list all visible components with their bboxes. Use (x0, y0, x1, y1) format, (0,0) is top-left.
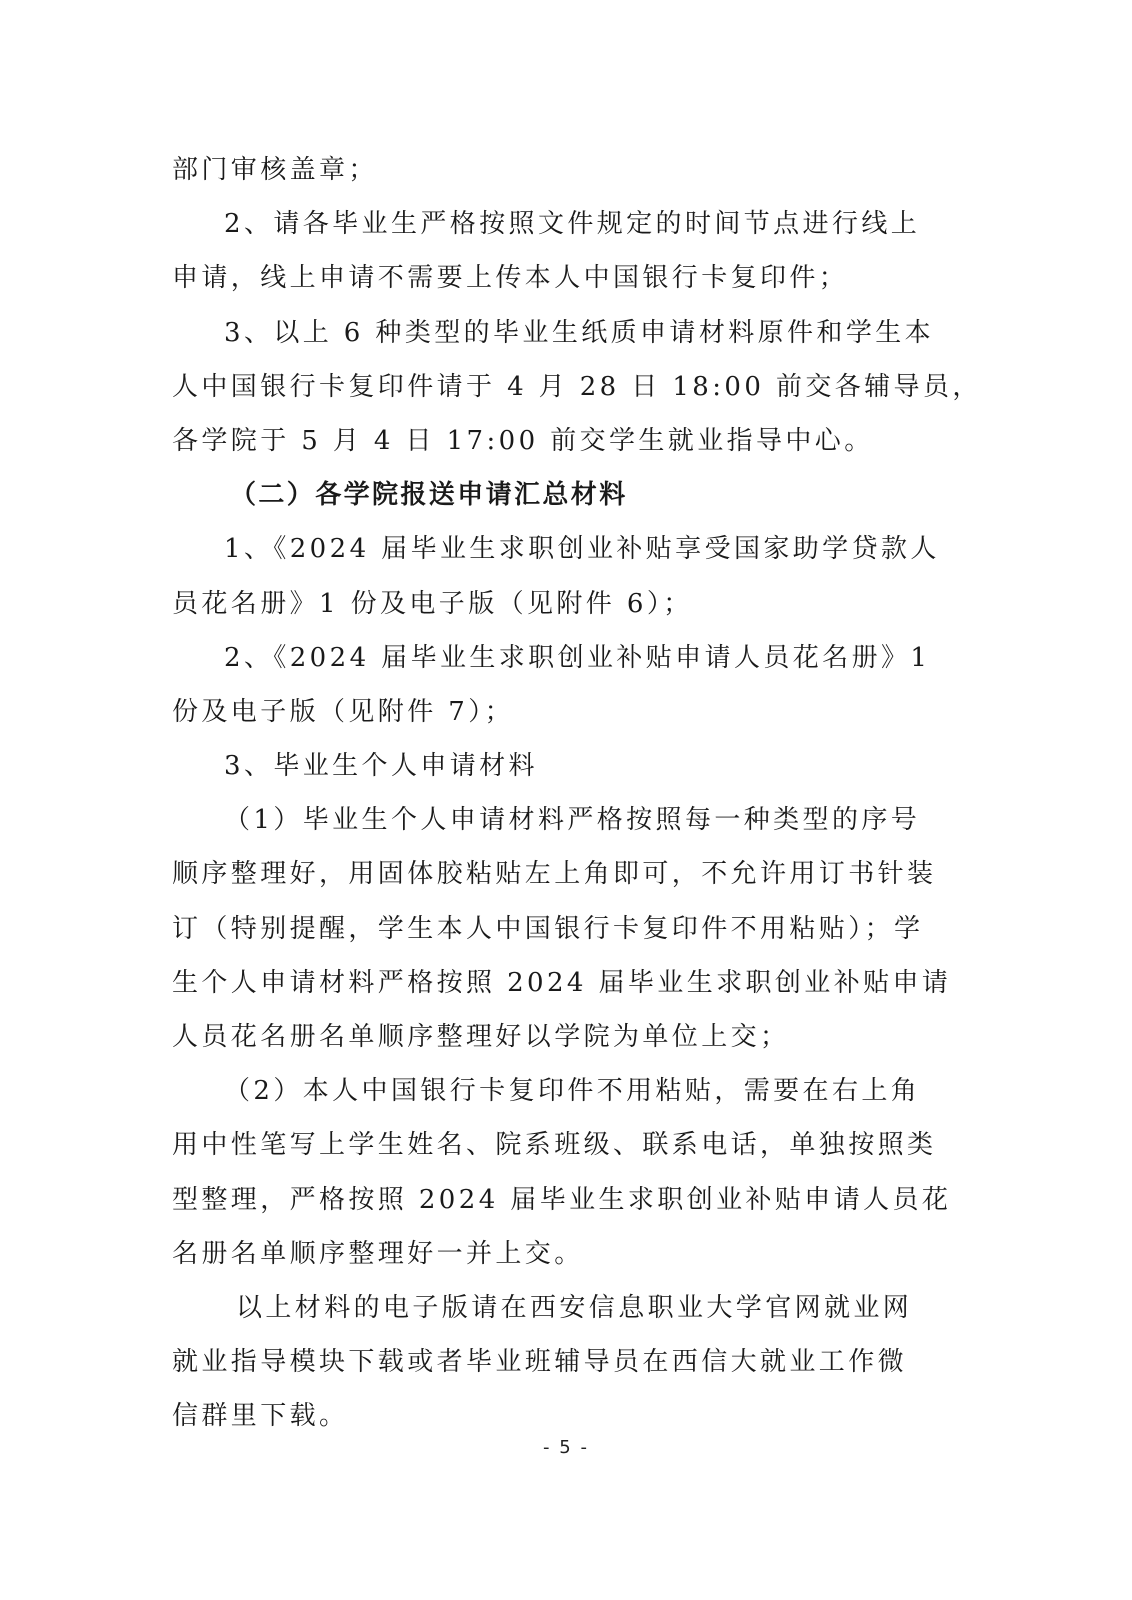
text-line: 顺序整理好，用固体胶粘贴左上角即可，不允许用订书针装 (172, 847, 932, 901)
text-line-item-1: 1、《2024 届毕业生求职创业补贴享受国家助学贷款人 (172, 522, 932, 576)
text-line-item-3: 3、毕业生个人申请材料 (172, 739, 932, 793)
document-page: 部门审核盖章； 2、请各毕业生严格按照文件规定的时间节点进行线上 申请，线上申请… (172, 143, 932, 1444)
text-line: 申请，线上申请不需要上传本人中国银行卡复印件； (172, 251, 932, 305)
text-line: 各学院于 5 月 4 日 17:00 前交学生就业指导中心。 (172, 414, 932, 468)
text-line-continuation: 部门审核盖章； (172, 143, 932, 197)
text-line: 信群里下载。 (172, 1389, 932, 1443)
text-line: 人员花名册名单顺序整理好以学院为单位上交； (172, 1010, 932, 1064)
text-line: 就业指导模块下载或者毕业班辅导员在西信大就业工作微 (172, 1335, 932, 1389)
text-line: 生个人申请材料严格按照 2024 届毕业生求职创业补贴申请 (172, 956, 932, 1010)
text-line: 用中性笔写上学生姓名、院系班级、联系电话，单独按照类 (172, 1118, 932, 1172)
text-line: 份及电子版（见附件 7）； (172, 685, 932, 739)
text-line-subitem-2: （2）本人中国银行卡复印件不用粘贴，需要在右上角 (172, 1064, 932, 1118)
text-line: 型整理，严格按照 2024 届毕业生求职创业补贴申请人员花 (172, 1173, 932, 1227)
text-line: 订（特别提醒，学生本人中国银行卡复印件不用粘贴）；学 (172, 902, 932, 956)
text-line-item-3: 3、以上 6 种类型的毕业生纸质申请材料原件和学生本 (172, 306, 932, 360)
section-heading: （二）各学院报送申请汇总材料 (172, 468, 932, 522)
text-line: 名册名单顺序整理好一并上交。 (172, 1227, 932, 1281)
text-line-item-2: 2、《2024 届毕业生求职创业补贴申请人员花名册》1 (172, 631, 932, 685)
page-number: - 5 - (0, 1437, 1132, 1458)
text-line-item-2: 2、请各毕业生严格按照文件规定的时间节点进行线上 (172, 197, 932, 251)
text-line-note: 以上材料的电子版请在西安信息职业大学官网就业网 (172, 1281, 932, 1335)
text-line: 人中国银行卡复印件请于 4 月 28 日 18:00 前交各辅导员， (172, 360, 932, 414)
text-line: 员花名册》1 份及电子版（见附件 6）； (172, 577, 932, 631)
text-line-subitem-1: （1）毕业生个人申请材料严格按照每一种类型的序号 (172, 793, 932, 847)
